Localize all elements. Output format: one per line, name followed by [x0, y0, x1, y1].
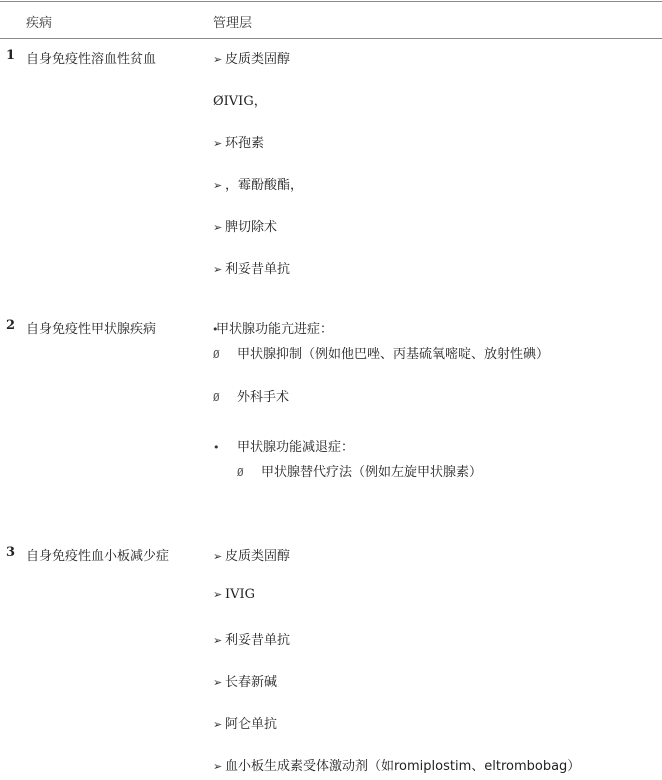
arrow-bullet-icon: ➢: [213, 588, 225, 601]
row-number: 3: [6, 545, 15, 560]
table-top-rule: [0, 1, 662, 2]
management-item: ➢利妥昔单抗: [213, 258, 290, 277]
table-header-rule: [0, 38, 662, 39]
arrow-bullet-icon: ➢: [213, 137, 225, 150]
arrow-bullet-icon: ➢: [213, 263, 225, 276]
arrow-bullet-icon: ➢: [213, 53, 225, 66]
row-number: 1: [6, 48, 15, 63]
arrow-bullet-icon: ➢: [213, 676, 225, 689]
management-item: ➢长春新碱: [213, 671, 277, 690]
dot-bullet-icon: •: [213, 441, 237, 454]
management-item: Ø外科手术: [213, 386, 289, 405]
disease-name: 自身免疫性溶血性贫血: [26, 48, 156, 67]
arrow-bullet-icon: ➢: [213, 550, 225, 563]
management-item: •甲状腺功能减退症：: [213, 436, 354, 455]
disease-name: 自身免疫性甲状腺疾病: [26, 318, 156, 337]
management-item: ➢脾切除术: [213, 216, 277, 235]
management-item: Ø甲状腺替代疗法（例如左旋甲状腺素）: [237, 461, 482, 480]
arrow-bullet-icon: ➢: [213, 634, 225, 647]
management-item: ➢，霉酚酸酯，: [213, 174, 303, 193]
row-number: 2: [6, 318, 15, 333]
management-item: •甲状腺功能亢进症：: [212, 318, 333, 337]
management-item: ➢阿仑单抗: [213, 713, 277, 732]
arrow-bullet-icon: ➢: [213, 221, 225, 234]
arrow-bullet-icon: ➢: [213, 760, 225, 773]
management-item: ➢血小板生成素受体激动剂（如romiplostim、eltrombobag）: [213, 755, 580, 774]
slash-bullet-icon: Ø: [213, 391, 237, 404]
management-item: ➢环孢素: [213, 132, 264, 151]
management-item: Ø甲状腺抑制（例如他巴唑、丙基硫氧嘧啶、放射性碘）: [213, 343, 549, 362]
slash-bullet-icon: Ø: [213, 348, 237, 361]
arrow-bullet-icon: ➢: [213, 718, 225, 731]
header-disease: 疾病: [26, 12, 52, 31]
slash-bullet-icon: Ø: [237, 466, 261, 479]
management-item: ØIVIG，: [213, 90, 267, 109]
management-item: ➢皮质类固醇: [213, 48, 290, 67]
header-management: 管理层: [213, 12, 252, 31]
management-item: ➢IVIG: [213, 587, 255, 602]
management-item: ➢利妥昔单抗: [213, 629, 290, 648]
disease-name: 自身免疫性血小板减少症: [26, 545, 169, 564]
arrow-bullet-icon: ➢: [213, 179, 225, 192]
management-item: ➢皮质类固醇: [213, 545, 290, 564]
